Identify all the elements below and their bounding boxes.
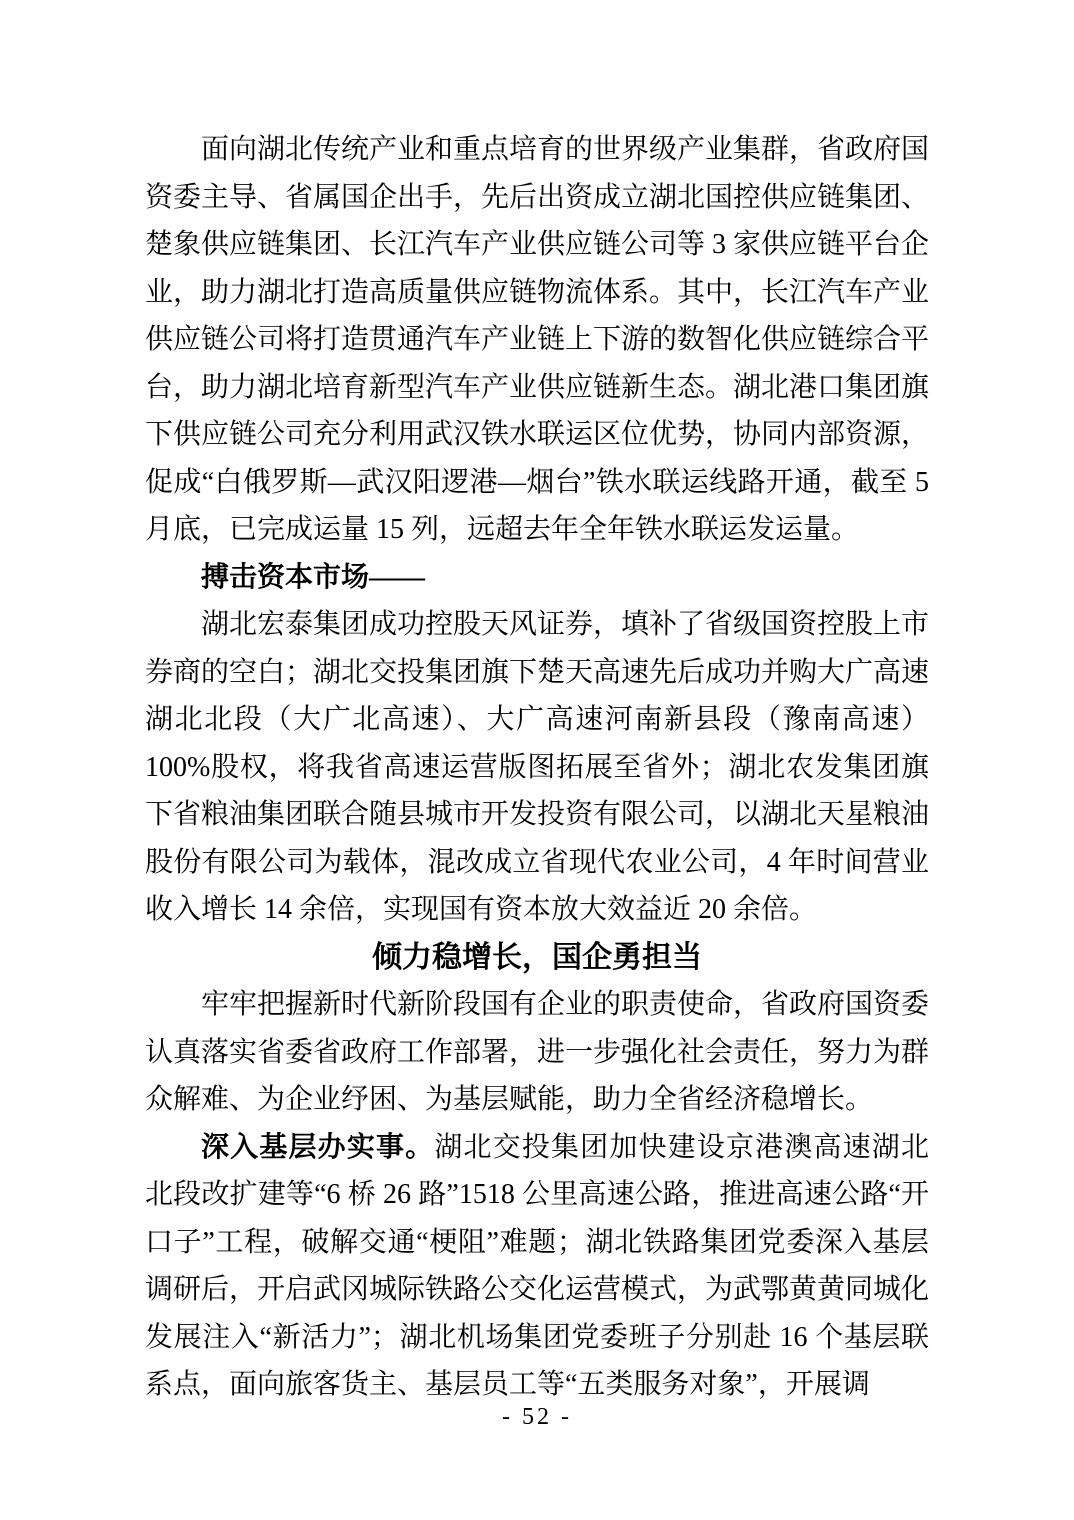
section-heading-stable-growth: 倾力稳增长，国企勇担当 (145, 934, 929, 982)
paragraph-grassroots-text: 湖北交投集团加快建设京港澳高速湖北北段改扩建等“6 桥 26 路”1518 公里… (145, 1132, 929, 1401)
subhead-capital-market: 搏击资本市场—— (145, 554, 929, 602)
paragraph-lead-phrase: 深入基层办实事。 (201, 1132, 434, 1163)
document-page: 面向湖北传统产业和重点培育的世界级产业集群，省政府国资委主导、省属国企出手，先后… (0, 0, 1074, 1520)
paragraph-grassroots: 深入基层办实事。湖北交投集团加快建设京港澳高速湖北北段改扩建等“6 桥 26 路… (145, 1124, 929, 1409)
paragraph-capital-market: 湖北宏泰集团成功控股天风证券，填补了省级国资控股上市券商的空白；湖北交投集团旗下… (145, 601, 929, 934)
paragraph-responsibility: 牢牢把握新时代新阶段国有企业的职责使命，省政府国资委认真落实省委省政府工作部署，… (145, 981, 929, 1124)
paragraph-supply-chain: 面向湖北传统产业和重点培育的世界级产业集群，省政府国资委主导、省属国企出手，先后… (145, 126, 929, 554)
page-number: - 52 - (0, 1404, 1074, 1431)
document-body: 面向湖北传统产业和重点培育的世界级产业集群，省政府国资委主导、省属国企出手，先后… (145, 126, 929, 1409)
